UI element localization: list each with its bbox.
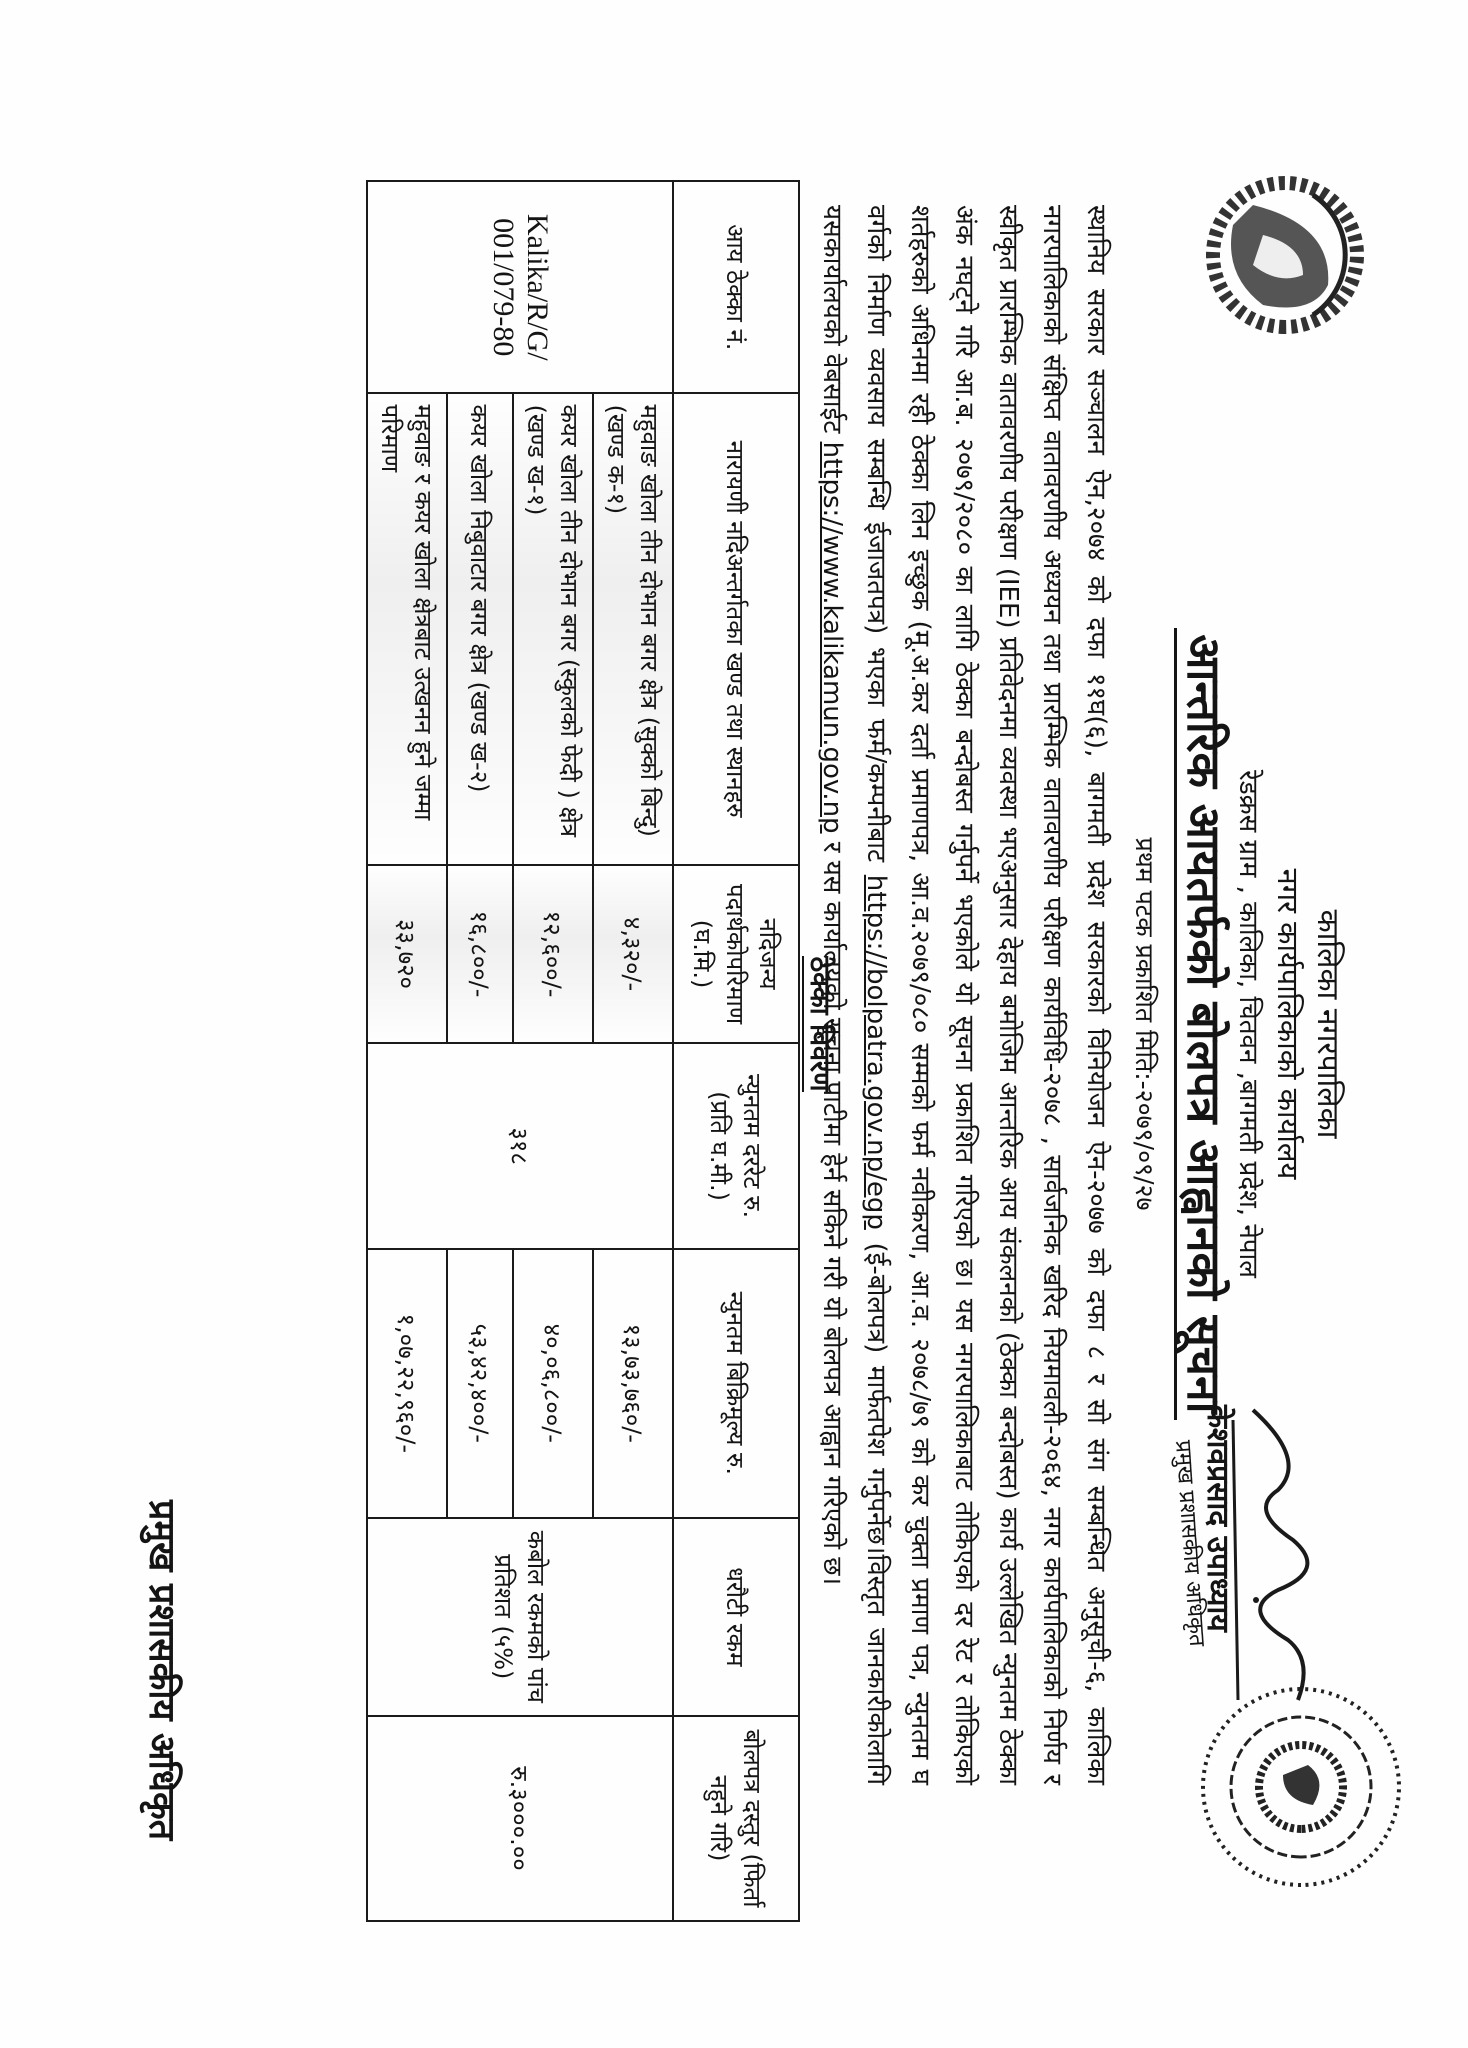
bid-fee: रु.३०००.०० xyxy=(367,1716,673,1921)
publish-date: प्रथम पटक प्रकाशित मिति:-२०७९/०९/२७ xyxy=(1128,0,1162,2048)
contract-table: आय ठेक्का नं. नारायणी नदिअन्तर्गतका खण्ड… xyxy=(366,180,800,1922)
header-quantity: नदिजन्य पदार्थकोपरिमाण (घ.मि.) xyxy=(673,865,799,1043)
table-row: Kalika/R/G/ 001/079-80 महुवाङ खोला तीन द… xyxy=(593,181,673,1921)
header-contract-no: आय ठेक्का नं. xyxy=(673,181,799,393)
row-area: कयर खोला निबुवाटार बगर क्षेत्र (खण्ड ख-२… xyxy=(447,393,513,864)
notice-document: कालिका नगरपालिका नगर कार्यपालिकाको कार्य… xyxy=(0,0,1468,2048)
row-quantity: १६,८००/- xyxy=(447,865,513,1043)
row-area: महुवाङ खोला तीन दोभान बगर क्षेत्र (सुक्क… xyxy=(593,393,673,864)
office-seal-stamp-icon xyxy=(1193,1680,1408,1895)
total-area: महुवाङ र कयर खोला क्षेत्रबाट उत्खनन हुने… xyxy=(367,393,447,864)
table-caption: ठेक्का विवरण xyxy=(802,956,835,1091)
min-rate: ३१८ xyxy=(367,1043,673,1249)
total-quantity: ३३,७२० xyxy=(367,865,447,1043)
header-fee: बोलपत्र दस्तुर (फिर्ता नहुने गरि) xyxy=(673,1716,799,1921)
contract-number: Kalika/R/G/ 001/079-80 xyxy=(367,181,673,393)
notice-body: स्थानिय सरकार सञ्चालन ऐन,२०७४ को दफा ११घ… xyxy=(810,205,1118,1785)
row-min-price: ५३,४२,४००/- xyxy=(447,1249,513,1518)
header-min-price: न्युनतम बिक्रिमूल्य रु. xyxy=(673,1249,799,1518)
row-quantity: ४,३२०/- xyxy=(593,865,673,1043)
table-caption-wrap: ठेक्का विवरण xyxy=(803,0,840,2048)
row-min-price: १३,७३,७६०/- xyxy=(593,1249,673,1518)
row-min-price: ४०,०६,८००/- xyxy=(513,1249,593,1518)
row-quantity: १२,६००/- xyxy=(513,865,593,1043)
header-deposit: धरौटी रकम xyxy=(673,1518,799,1716)
header-area: नारायणी नदिअन्तर्गतका खण्ड तथा स्थानहरु xyxy=(673,393,799,864)
notice-title: आन्तरिक आयतर्फको बोलपत्र आह्वानको सूचना xyxy=(1174,628,1231,1419)
total-min-price: १,०७,२२,९६०/- xyxy=(367,1249,447,1518)
body-text-1: स्थानिय सरकार सञ्चालन ऐन,२०७४ को दफा ११घ… xyxy=(861,205,1111,1785)
header-rate: न्युनतम दररेट रु. (प्रति घ.मी.) xyxy=(673,1043,799,1249)
table-header-row: आय ठेक्का नं. नारायणी नदिअन्तर्गतका खण्ड… xyxy=(673,181,799,1921)
deposit-amount: कबोल रकमको पांच प्रतिशत (५%) xyxy=(367,1518,673,1716)
footer-designation: प्रमुख प्रशासकीय अधिकृत xyxy=(139,1500,188,1840)
row-area: कयर खोला तीन दोभान बगर (स्कुलको फेदी ) क… xyxy=(513,393,593,864)
bolpatra-link[interactable]: https://bolpatra.gov.np/egp xyxy=(861,875,891,1230)
